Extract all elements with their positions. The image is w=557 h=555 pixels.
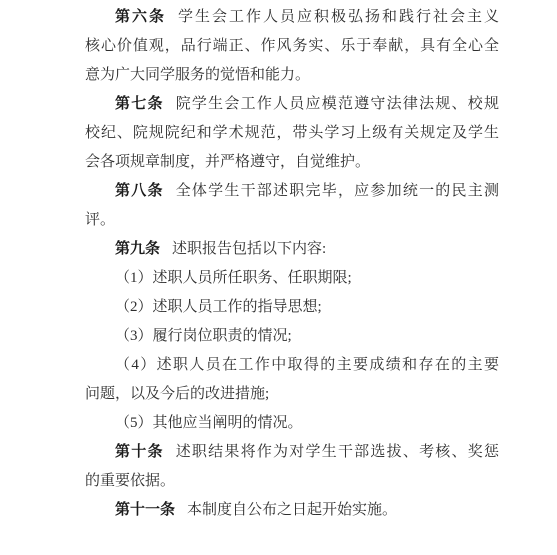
doc-line: 意为广大同学服务的觉悟和能力。	[85, 61, 499, 90]
doc-line: 会各项规章制度，并严格遵守，自觉维护。	[85, 148, 499, 177]
doc-line: 第六条学生会工作人员应积极弘扬和践行社会主义	[85, 3, 499, 32]
doc-line: 问题，以及今后的改进措施;	[85, 380, 499, 409]
doc-line: 第十一条本制度自公布之日起开始实施。	[85, 496, 499, 525]
article-number: 第八条	[115, 183, 164, 199]
line-text: 意为广大同学服务的觉悟和能力。	[85, 67, 310, 83]
line-text: （3）履行岗位职责的情况;	[115, 328, 292, 344]
line-text: 述职结果将作为对学生干部选拔、考核、奖惩	[176, 444, 499, 460]
line-text: 全体学生干部述职完毕，应参加统一的民主测	[176, 183, 499, 199]
doc-line: （2）述职人员工作的指导思想;	[85, 293, 499, 322]
line-text: （2）述职人员工作的指导思想;	[115, 299, 322, 315]
doc-line list-item: （1）述职人员所任职务、任职期限;	[85, 264, 499, 293]
article-number: 第七条	[115, 96, 164, 112]
line-text: （5）其他应当阐明的情况。	[115, 415, 303, 431]
line-text: 会各项规章制度，并严格遵守，自觉维护。	[85, 154, 370, 170]
article-number: 第十一条	[115, 502, 175, 518]
doc-line: 的重要依据。	[85, 467, 499, 496]
article-number: 第九条	[115, 241, 160, 257]
doc-line: 第九条述职报告包括以下内容:	[85, 235, 499, 264]
line-text: 校纪、院规院纪和学术规范，带头学习上级有关规定及学生	[85, 125, 499, 141]
doc-line: （4）述职人员在工作中取得的主要成绩和存在的主要	[85, 351, 499, 380]
line-text: 院学生会工作人员应模范遵守法律法规、校规	[176, 96, 499, 112]
doc-line: 评。	[85, 206, 499, 235]
doc-line: 校纪、院规院纪和学术规范，带头学习上级有关规定及学生	[85, 119, 499, 148]
document-page: 第六条学生会工作人员应积极弘扬和践行社会主义 核心价值观，品行端正、作风务实、乐…	[0, 0, 557, 555]
doc-line: （5）其他应当阐明的情况。	[85, 409, 499, 438]
doc-line: （3）履行岗位职责的情况;	[85, 322, 499, 351]
doc-line: 第十条述职结果将作为对学生干部选拔、考核、奖惩	[85, 438, 499, 467]
line-text: 述职报告包括以下内容:	[172, 241, 326, 257]
line-text: 的重要依据。	[85, 473, 175, 489]
line-text: 本制度自公布之日起开始实施。	[187, 502, 397, 518]
doc-line: 核心价值观，品行端正、作风务实、乐于奉献，具有全心全	[85, 32, 499, 61]
line-text: 问题，以及今后的改进措施;	[85, 386, 269, 402]
line-text: 学生会工作人员应积极弘扬和践行社会主义	[178, 9, 499, 25]
doc-line: 第七条院学生会工作人员应模范遵守法律法规、校规	[85, 90, 499, 119]
line-text: 评。	[85, 212, 115, 228]
line-text: （1）述职人员所任职务、任职期限;	[115, 270, 352, 286]
article-number: 第六条	[115, 9, 166, 25]
line-text: （4）述职人员在工作中取得的主要成绩和存在的主要	[115, 357, 499, 373]
article-number: 第十条	[115, 444, 164, 460]
line-text: 核心价值观，品行端正、作风务实、乐于奉献，具有全心全	[85, 38, 499, 54]
document-body: 第六条学生会工作人员应积极弘扬和践行社会主义 核心价值观，品行端正、作风务实、乐…	[0, 0, 557, 525]
doc-line: 第八条全体学生干部述职完毕，应参加统一的民主测	[85, 177, 499, 206]
